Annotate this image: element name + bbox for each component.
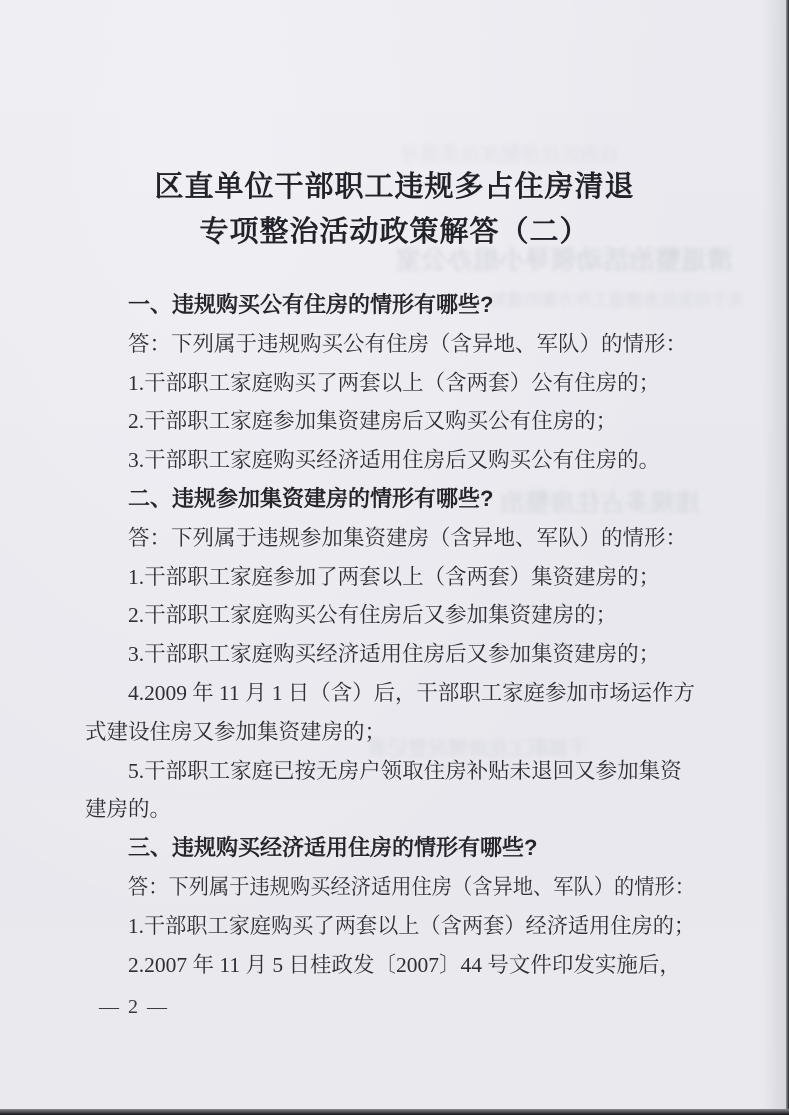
scan-edge-bottom [0,1109,789,1115]
document-title: 区直单位干部职工违规多占住房清退 专项整治活动政策解答（二） [0,165,789,255]
q3-item-2: 2.2007 年 11 月 5 日桂政发〔2007〕44 号文件印发实施后， [85,946,695,985]
page-number: — 2 — [99,996,169,1019]
q2-item-3: 3.干部职工家庭购买经济适用住房后又参加集资建房的； [85,635,695,674]
q2-item-2: 2.干部职工家庭购买公有住房后又参加集资建房的； [85,596,695,635]
q1-heading: 一、违规购买公有住房的情形有哪些? [85,286,695,325]
q1-answer: 答：下列属于违规购买公有住房（含异地、军队）的情形： [85,325,695,364]
q2-heading: 二、违规参加集资建房的情形有哪些? [85,480,695,519]
scan-shadow-right [762,0,786,1115]
q3-heading: 三、违规购买经济适用住房的情形有哪些? [85,829,695,868]
q2-item-5-line2: 建房的。 [85,790,695,829]
bleedthrough-ghost-text: 自治区住房制度改革领导 [400,138,620,167]
scanned-page: 自治区住房制度改革领导 清退整治活动领导小组办公室 关于印发住房清退工作方案的通… [0,0,789,1115]
q1-item-3: 3.干部职工家庭购买经济适用住房后又购买公有住房的。 [85,441,695,480]
q1-item-2: 2.干部职工家庭参加集资建房后又购买公有住房的； [85,402,695,441]
document-title-line-1: 区直单位干部职工违规多占住房清退 [0,165,789,210]
q2-item-5-line1: 5.干部职工家庭已按无房户领取住房补贴未退回又参加集资 [85,752,695,791]
q2-item-4-line1: 4.2009 年 11 月 1 日（含）后，干部职工家庭参加市场运作方 [85,674,695,713]
document-title-line-2: 专项整治活动政策解答（二） [0,210,789,255]
q3-item-1: 1.干部职工家庭购买了两套以上（含两套）经济适用住房的； [85,907,695,946]
q2-item-1: 1.干部职工家庭参加了两套以上（含两套）集资建房的； [85,558,695,597]
q2-answer: 答：下列属于违规参加集资建房（含异地、军队）的情形： [85,519,695,558]
ghost-text: 自治区住房制度改革领导 [400,144,620,166]
q2-item-4-line2: 式建设住房又参加集资建房的； [85,713,695,752]
q3-answer: 答：下列属于违规购买经济适用住房（含异地、军队）的情形： [85,868,695,907]
q1-item-1: 1.干部职工家庭购买了两套以上（含两套）公有住房的； [85,364,695,403]
document-body: 一、违规购买公有住房的情形有哪些? 答：下列属于违规购买公有住房（含异地、军队）… [85,286,695,984]
